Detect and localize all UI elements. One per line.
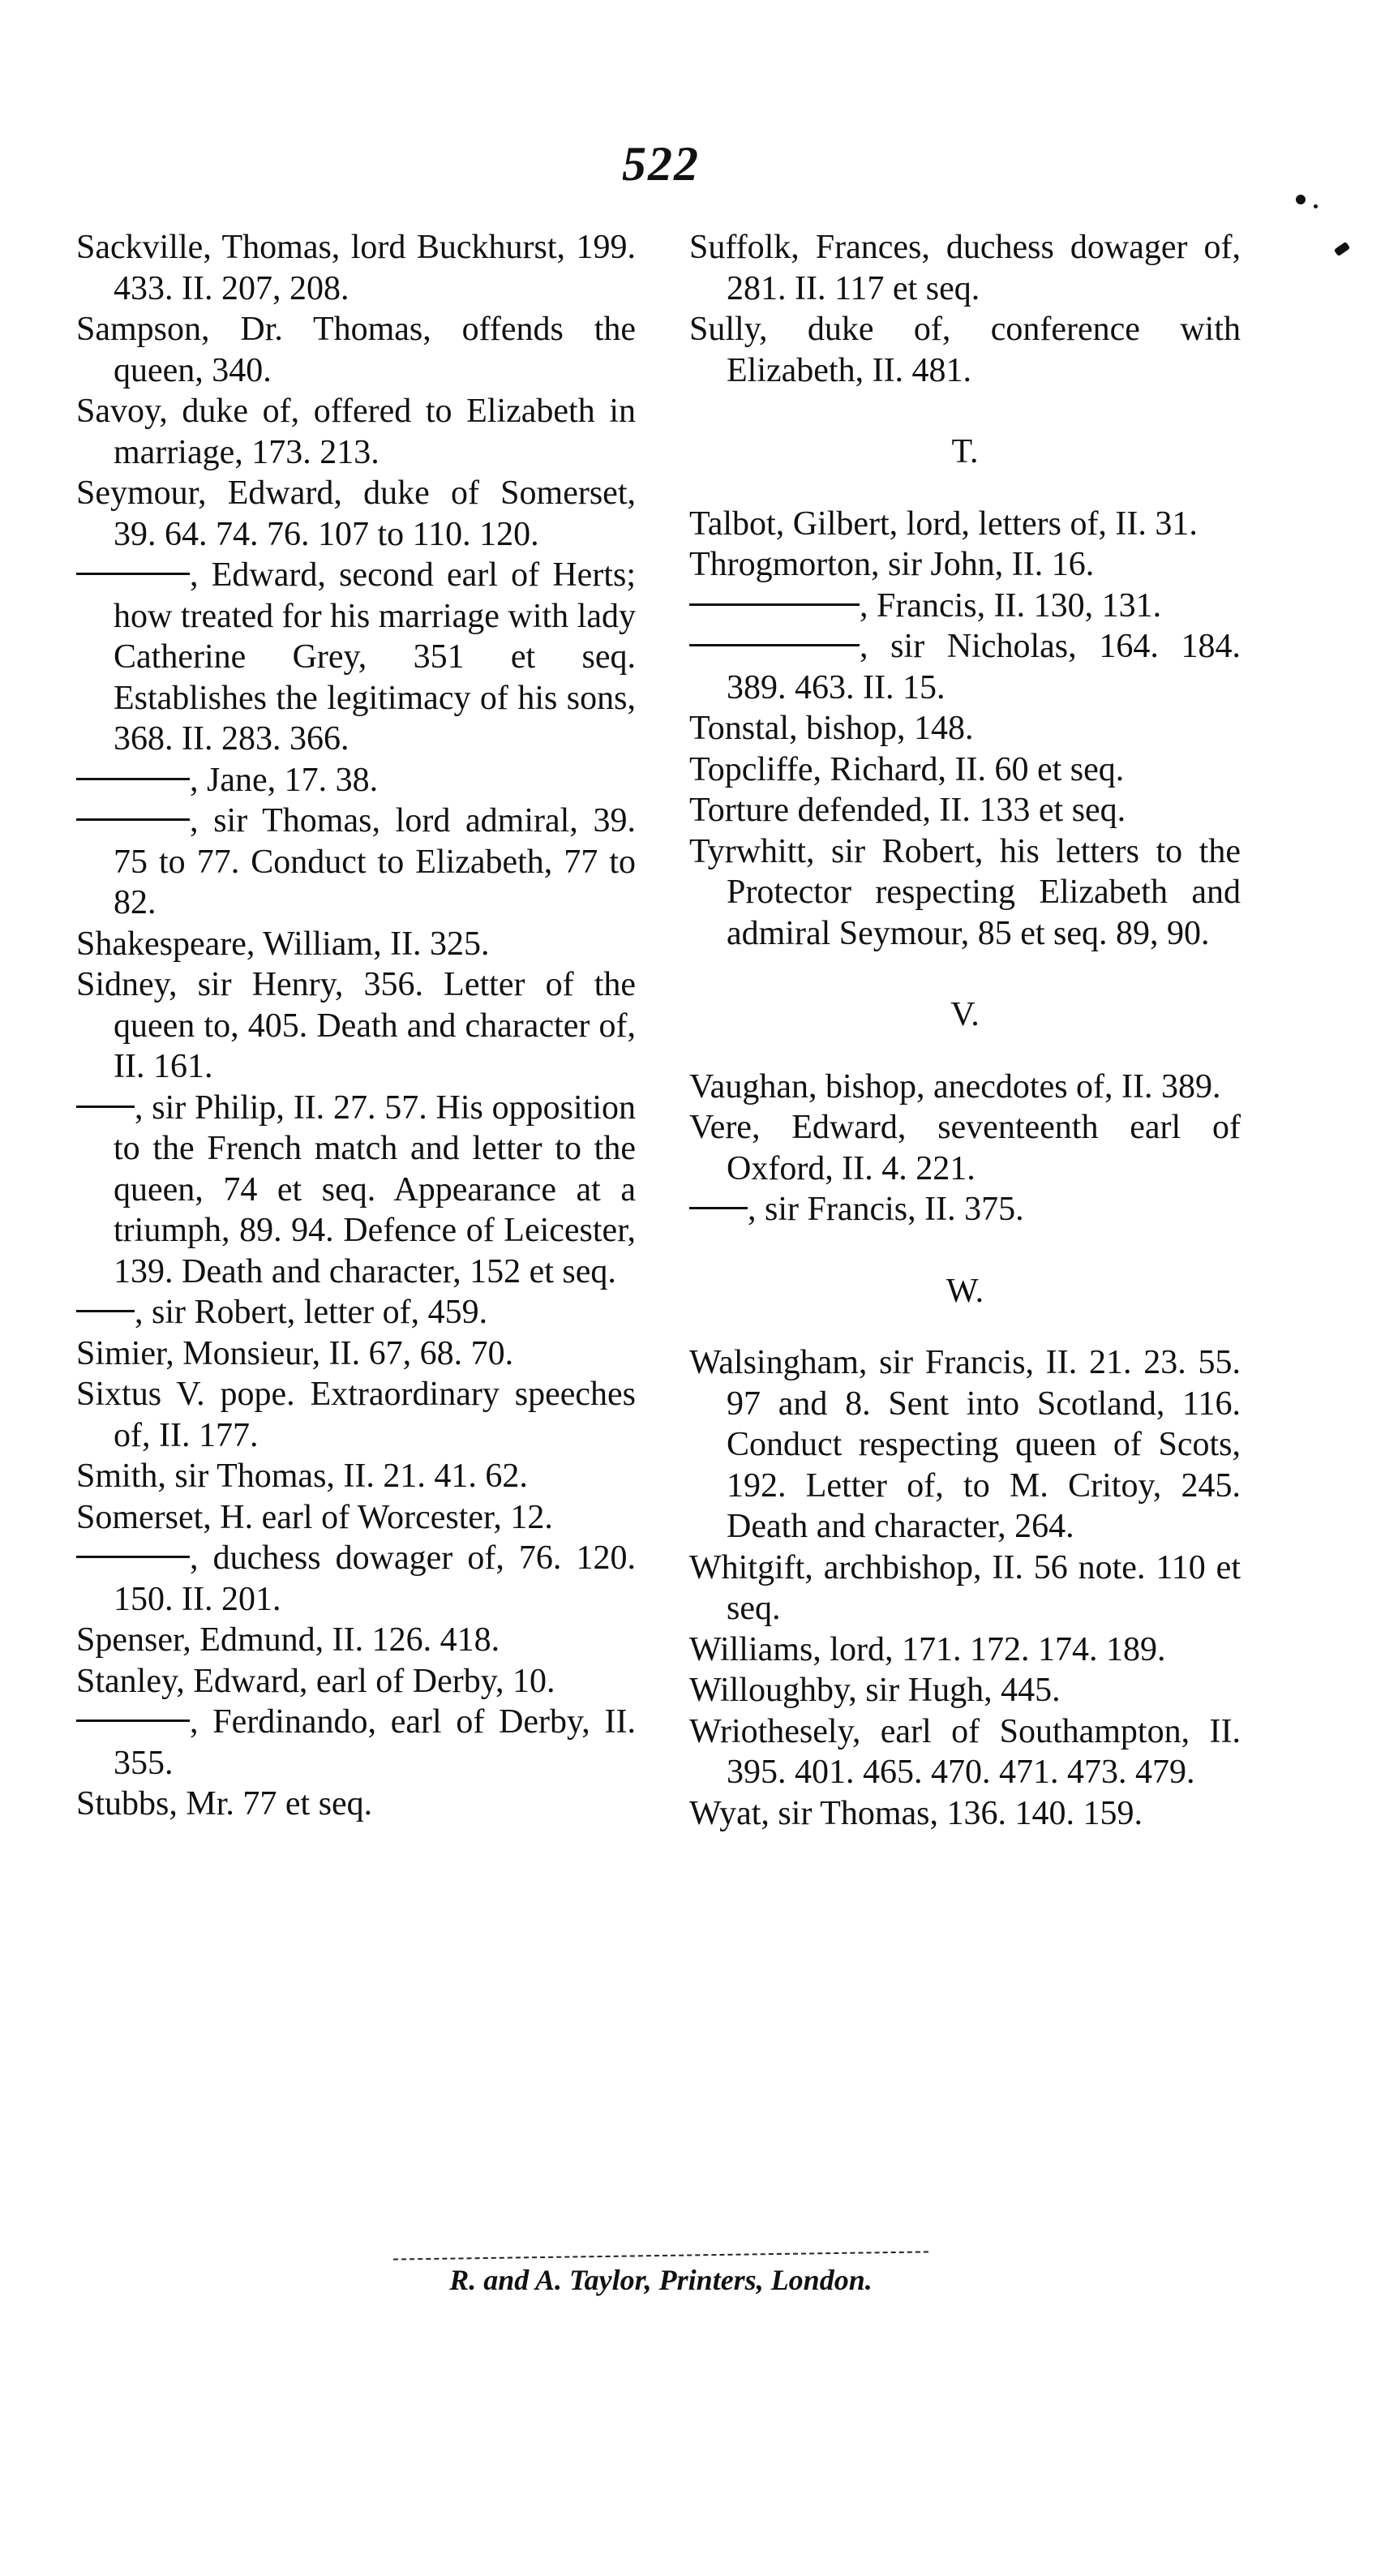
index-entry-text: Wriothesely, earl of Southampton, II. 39…: [689, 1713, 1241, 1792]
index-entry-text: Sully, duke of, conference with Elizabet…: [689, 311, 1241, 389]
index-entry: Smith, sir Thomas, II. 21. 41. 62.: [76, 1456, 636, 1497]
index-entry-text: , Francis, II. 130, 131.: [860, 587, 1161, 625]
index-entry-text: Savoy, duke of, offered to Elizabeth in …: [76, 393, 636, 471]
index-entry: Topcliffe, Richard, II. 60 et seq.: [689, 749, 1241, 791]
index-entry: Vaughan, bishop, anecdotes of, II. 389.: [689, 1067, 1241, 1108]
index-entry-text: Vaughan, bishop, anecdotes of, II. 389.: [689, 1068, 1221, 1106]
index-entry-text: , duchess dowager of, 76. 120. 150. II. …: [114, 1539, 636, 1618]
index-entry-text: Sidney, sir Henry, 356. Letter of the qu…: [76, 966, 636, 1085]
index-entry-text: Tyrwhitt, sir Robert, his letters to the…: [689, 833, 1241, 952]
index-entry: , Francis, II. 130, 131.: [689, 586, 1241, 627]
ink-speck: [1296, 195, 1306, 204]
index-entry: Tonstal, bishop, 148.: [689, 708, 1241, 749]
index-entry-text: Shakespeare, William, II. 325.: [76, 925, 490, 963]
index-entry: Simier, Monsieur, II. 67, 68. 70.: [76, 1333, 636, 1375]
index-entry-text: Smith, sir Thomas, II. 21. 41. 62.: [76, 1458, 528, 1495]
index-entry-text: , Jane, 17. 38.: [190, 762, 378, 799]
index-entry-text: Sampson, Dr. Thomas, offends the queen, …: [76, 311, 636, 389]
footer-rule: [393, 2251, 928, 2260]
ink-speck: [1334, 242, 1350, 257]
index-entry: Suffolk, Frances, duchess dowager of, 28…: [689, 227, 1241, 309]
index-entry: Seymour, Edward, duke of Somerset, 39. 6…: [76, 473, 636, 555]
index-entry: Talbot, Gilbert, lord, letters of, II. 3…: [689, 504, 1241, 545]
index-entry-text: Wyat, sir Thomas, 136. 140. 159.: [689, 1795, 1143, 1832]
index-entry: Savoy, duke of, offered to Elizabeth in …: [76, 391, 636, 473]
index-entry: , sir Francis, II. 375.: [689, 1189, 1241, 1230]
index-entry: , sir Robert, letter of, 459.: [76, 1292, 636, 1333]
page-number: 522: [0, 136, 1322, 192]
index-entry: Vere, Edward, seventeenth earl of Oxford…: [689, 1107, 1241, 1189]
index-entry: , Jane, 17. 38.: [76, 760, 636, 801]
index-entry: Tyrwhitt, sir Robert, his letters to the…: [689, 831, 1241, 955]
index-entry-text: Somerset, H. earl of Worcester, 12.: [76, 1499, 553, 1536]
printer-line: R. and A. Taylor, Printers, London.: [0, 2263, 1322, 2297]
index-entry: Sixtus V. pope. Extraordinary speeches o…: [76, 1374, 636, 1456]
index-entry-text: Spenser, Edmund, II. 126. 418.: [76, 1621, 500, 1659]
index-entry: Willoughby, sir Hugh, 445.: [689, 1670, 1241, 1711]
index-entry: , Ferdinando, earl of Derby, II. 355.: [76, 1702, 636, 1784]
section-letter-heading: V.: [689, 994, 1241, 1036]
index-entry: Spenser, Edmund, II. 126. 418.: [76, 1620, 636, 1661]
index-entry: , Edward, second earl of Herts; how trea…: [76, 555, 636, 760]
ditto-dash: [76, 1556, 190, 1558]
index-entry-text: Talbot, Gilbert, lord, letters of, II. 3…: [689, 505, 1198, 543]
index-entry-text: , Ferdinando, earl of Derby, II. 355.: [114, 1703, 636, 1782]
ditto-dash: [76, 1719, 190, 1722]
index-entry-text: Suffolk, Frances, duchess dowager of, 28…: [689, 229, 1241, 307]
index-entry: Sidney, sir Henry, 356. Letter of the qu…: [76, 964, 636, 1088]
index-entry-text: , sir Francis, II. 375.: [748, 1191, 1024, 1228]
index-entry: , sir Philip, II. 27. 57. His opposition…: [76, 1088, 636, 1293]
ditto-dash: [76, 778, 190, 780]
section-letter-heading: W.: [689, 1271, 1241, 1312]
ditto-dash: [76, 1106, 135, 1108]
index-column-right: Suffolk, Frances, duchess dowager of, 28…: [689, 227, 1241, 1834]
ink-speck: [1314, 204, 1318, 208]
index-entry-text: Topcliffe, Richard, II. 60 et seq.: [689, 751, 1124, 788]
ditto-dash: [689, 1207, 748, 1209]
index-entry-text: Seymour, Edward, duke of Somerset, 39. 6…: [76, 474, 636, 553]
index-entry: Sampson, Dr. Thomas, offends the queen, …: [76, 309, 636, 391]
index-entry-text: Sackville, Thomas, lord Buckhurst, 199. …: [76, 229, 636, 307]
index-entry-text: Sixtus V. pope. Extraordinary speeches o…: [76, 1376, 636, 1454]
index-entry-text: Williams, lord, 171. 172. 174. 189.: [689, 1631, 1165, 1668]
index-entry: Sackville, Thomas, lord Buckhurst, 199. …: [76, 227, 636, 309]
printer-imprint: R. and A. Taylor, Printers, London.: [0, 2255, 1322, 2297]
index-entry-text: Tonstal, bishop, 148.: [689, 710, 974, 747]
index-entry: Whitgift, archbishop, II. 56 note. 110 e…: [689, 1548, 1241, 1629]
index-entry-text: , sir Robert, letter of, 459.: [135, 1294, 487, 1331]
index-entry: Stubbs, Mr. 77 et seq.: [76, 1784, 636, 1825]
index-entry-text: , sir Nicholas, 164. 184. 389. 463. II. …: [727, 628, 1241, 706]
index-entry-text: Walsingham, sir Francis, II. 21. 23. 55.…: [689, 1344, 1241, 1545]
index-entry: Williams, lord, 171. 172. 174. 189.: [689, 1629, 1241, 1671]
index-entry-text: Vere, Edward, seventeenth earl of Oxford…: [689, 1109, 1241, 1187]
index-entry: Sully, duke of, conference with Elizabet…: [689, 309, 1241, 391]
section-letter-heading: T.: [689, 431, 1241, 473]
ditto-dash: [76, 1310, 135, 1312]
index-entry-text: Willoughby, sir Hugh, 445.: [689, 1672, 1061, 1709]
index-entry-text: , sir Philip, II. 27. 57. His opposition…: [114, 1089, 636, 1290]
index-entry: Torture defended, II. 133 et seq.: [689, 790, 1241, 831]
index-entry: Shakespeare, William, II. 325.: [76, 924, 636, 965]
index-entry: Throgmorton, sir John, II. 16.: [689, 544, 1241, 586]
index-column-left: Sackville, Thomas, lord Buckhurst, 199. …: [76, 227, 636, 1825]
index-entry-text: Torture defended, II. 133 et seq.: [689, 792, 1126, 829]
index-entry-text: , sir Thomas, lord admiral, 39. 75 to 77…: [114, 802, 636, 921]
ditto-dash: [76, 818, 190, 821]
index-entry-text: Stubbs, Mr. 77 et seq.: [76, 1785, 372, 1823]
index-entry: Wyat, sir Thomas, 136. 140. 159.: [689, 1793, 1241, 1835]
index-entry: , sir Nicholas, 164. 184. 389. 463. II. …: [689, 626, 1241, 708]
ditto-dash: [689, 644, 860, 646]
ditto-dash: [76, 573, 190, 575]
index-entry-text: Throgmorton, sir John, II. 16.: [689, 546, 1094, 583]
index-entry-text: Simier, Monsieur, II. 67, 68. 70.: [76, 1335, 513, 1372]
index-entry-text: Whitgift, archbishop, II. 56 note. 110 e…: [689, 1549, 1241, 1628]
ditto-dash: [689, 603, 860, 606]
index-entry: , duchess dowager of, 76. 120. 150. II. …: [76, 1538, 636, 1620]
index-entry: Stanley, Edward, earl of Derby, 10.: [76, 1661, 636, 1702]
index-entry: Walsingham, sir Francis, II. 21. 23. 55.…: [689, 1342, 1241, 1548]
index-entry: Somerset, H. earl of Worcester, 12.: [76, 1497, 636, 1539]
index-entry-text: , Edward, second earl of Herts; how trea…: [114, 556, 636, 758]
index-entry-text: Stanley, Edward, earl of Derby, 10.: [76, 1663, 555, 1700]
index-entry: Wriothesely, earl of Southampton, II. 39…: [689, 1711, 1241, 1793]
index-entry: , sir Thomas, lord admiral, 39. 75 to 77…: [76, 801, 636, 924]
